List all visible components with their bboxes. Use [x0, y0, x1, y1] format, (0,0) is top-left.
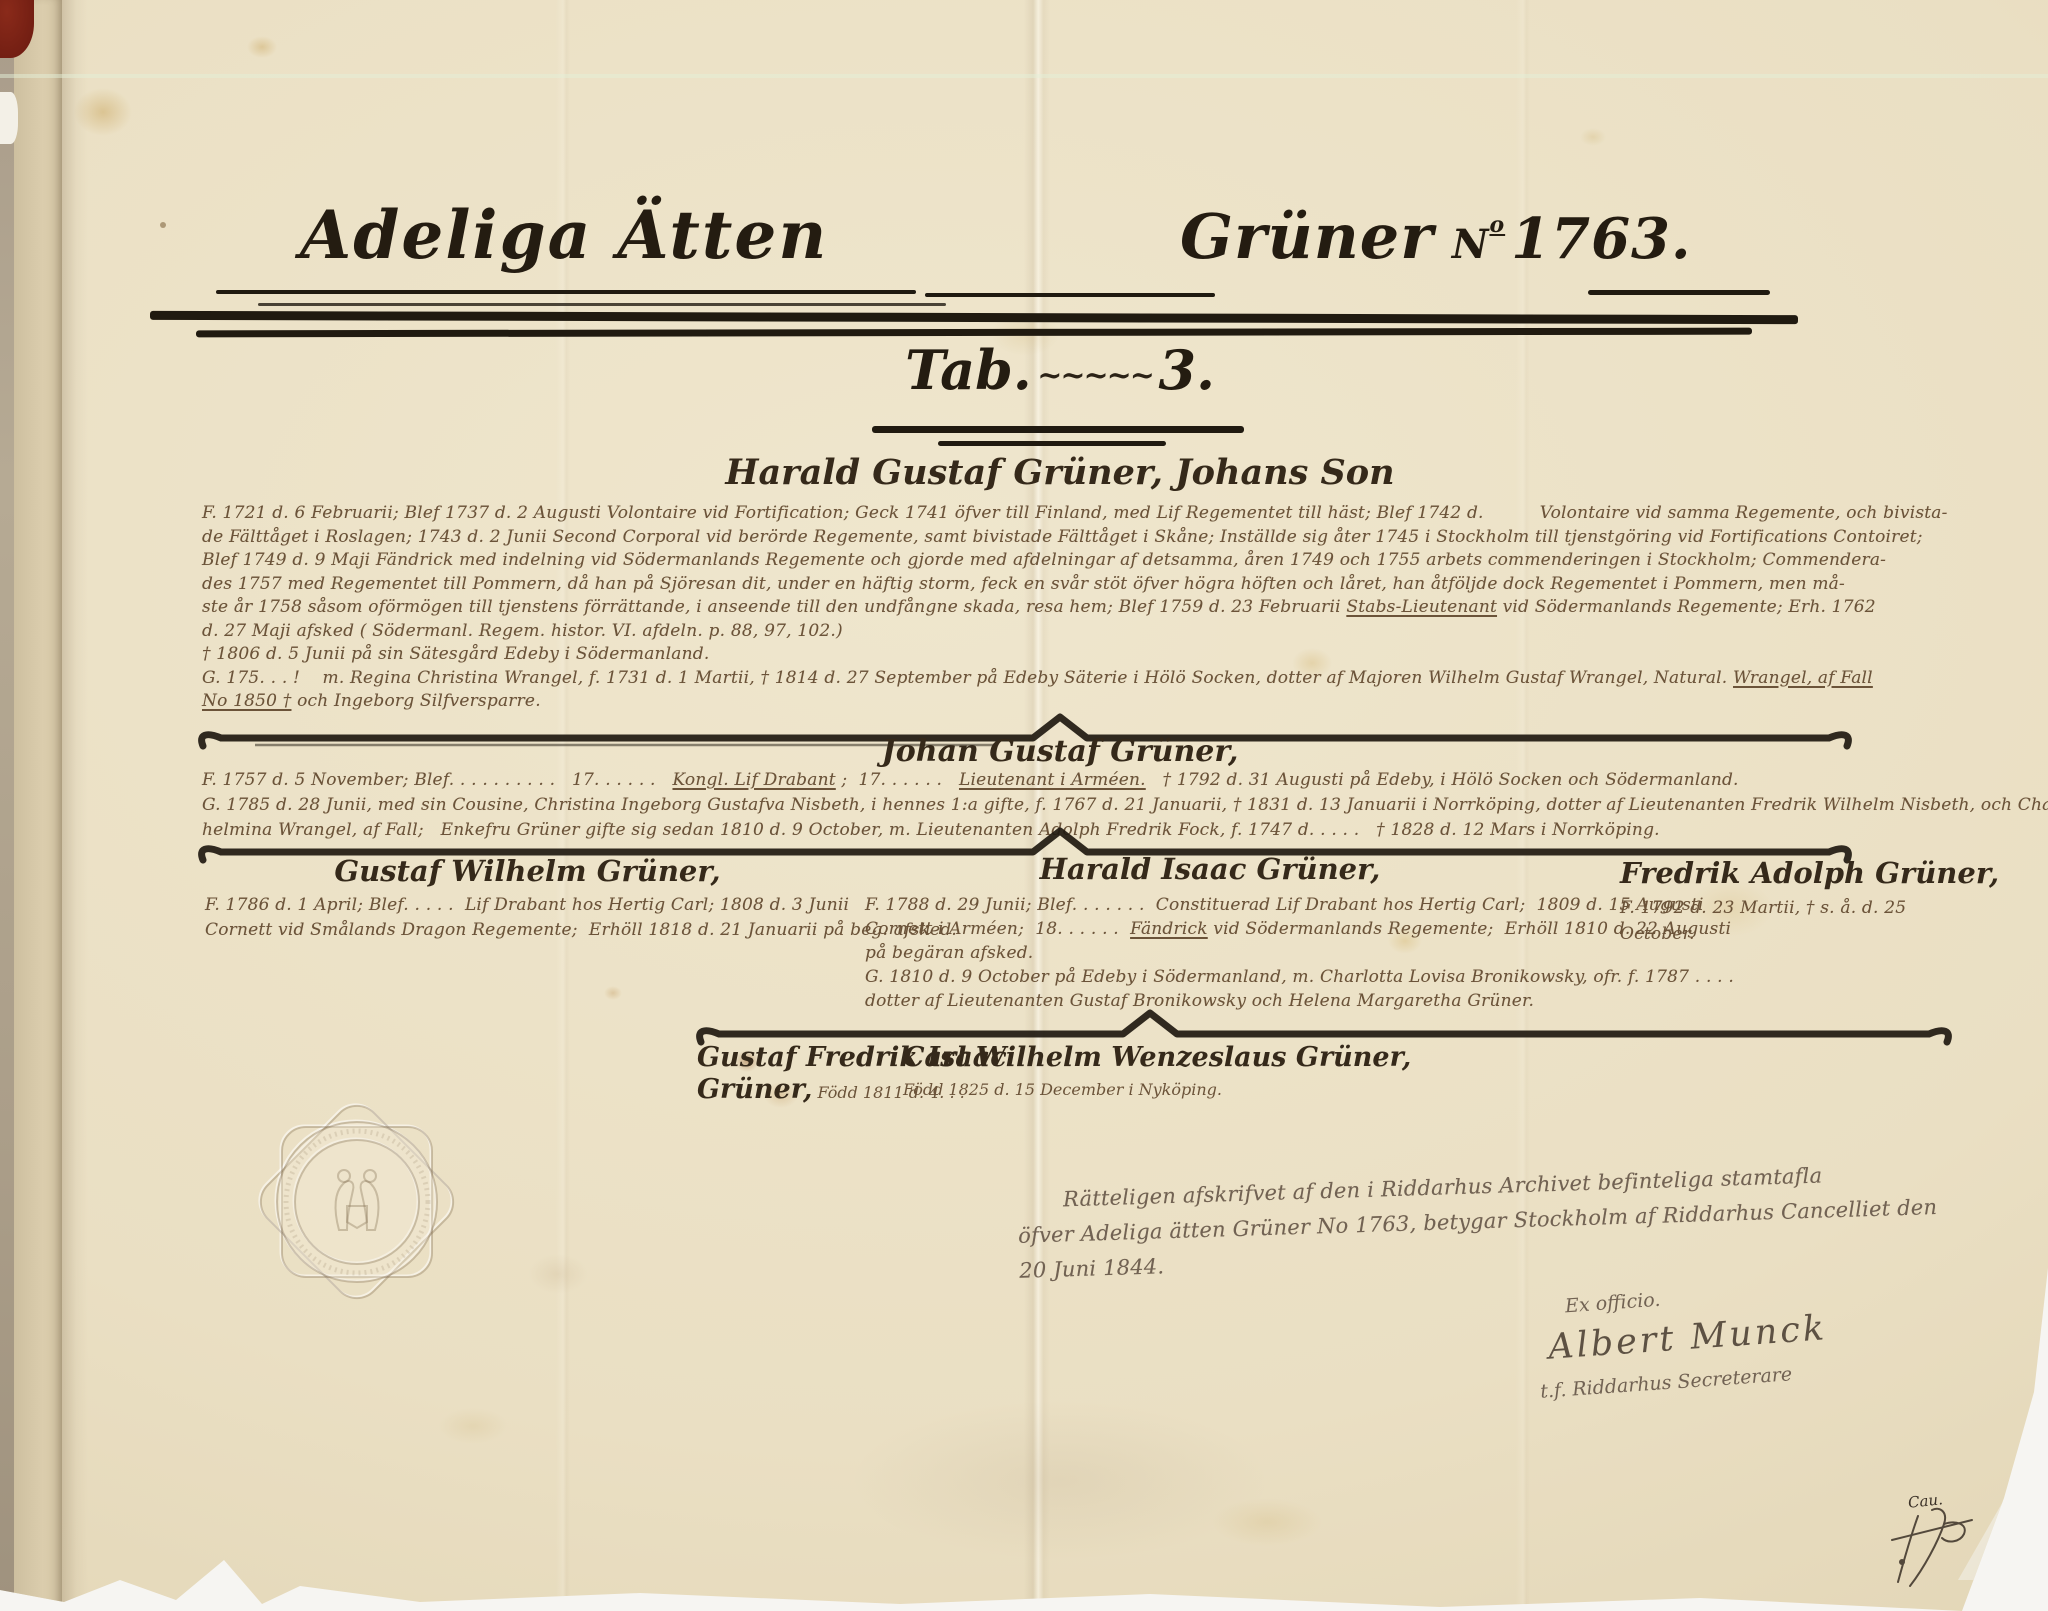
- title-rule-heavy: [150, 311, 1798, 324]
- person-bio-gustaf-wilhelm: F. 1786 d. 1 April; Blef. . . . . Lif Dr…: [205, 893, 850, 943]
- left-fold-crease: [62, 0, 88, 1611]
- stain: [247, 36, 277, 58]
- number-abbrev: N: [1452, 221, 1490, 268]
- family-name: Grüner: [1180, 200, 1434, 273]
- paper-wrinkle: [850, 1400, 1270, 1560]
- page-title-left: Adeliga Ätten: [300, 196, 828, 274]
- person-heading-harald-isaac: Harald Isaac Grüner,: [865, 852, 1555, 886]
- corner-flourish-icon: [1880, 1498, 1990, 1598]
- person-birth: Född 1825 d. 15 December i Nyköping.: [903, 1074, 1411, 1106]
- paper-scan-line: [0, 74, 2048, 78]
- signature: Albert Munck: [1547, 1308, 1828, 1367]
- stain: [1212, 1498, 1322, 1546]
- person-heading-harald-gustaf: Harald Gustaf Grüner, Johans Son: [660, 452, 1460, 493]
- title-rule: [258, 303, 946, 306]
- tab-label: Tab.: [905, 338, 1032, 402]
- family-number: 1763.: [1511, 206, 1691, 272]
- page-edge: [14, 0, 62, 1611]
- tab-squiggle: ~~~~~: [1037, 358, 1153, 393]
- stain: [438, 1408, 508, 1444]
- person-name: Carl Wilhelm Wenzeslaus Grüner,: [903, 1042, 1411, 1074]
- tab-rule: [872, 426, 1244, 433]
- seal-icon: [243, 1088, 471, 1316]
- page-edge-backing: [0, 0, 14, 1611]
- person-name-line2: Grüner,: [697, 1074, 812, 1105]
- number-abbrev-sup: o: [1489, 212, 1505, 238]
- attestation-text: Rätteligen afskrifvet af den i Riddarhus…: [1017, 1156, 1900, 1289]
- person-bio-harald-gustaf: F. 1721 d. 6 Februarii; Blef 1737 d. 2 A…: [202, 502, 1867, 714]
- stain: [1580, 128, 1606, 146]
- title-rule: [925, 293, 1215, 297]
- speck: [160, 222, 166, 228]
- tab-rule: [938, 441, 1166, 446]
- ex-officio-note: Ex officio.: [1564, 1289, 1661, 1318]
- title-rule: [216, 290, 916, 294]
- title-rule: [1588, 290, 1770, 295]
- person-heading-johan-gustaf: Johan Gustaf Grüner,: [760, 734, 1360, 769]
- paper-sheet: Adeliga Ätten GrünerNo1763. Tab. ~~~~~ 3…: [0, 0, 2048, 1611]
- edge-white-patch: [0, 92, 18, 144]
- stain: [528, 1254, 588, 1294]
- person-carl-wilhelm: Carl Wilhelm Wenzeslaus Grüner, Född 182…: [903, 1042, 1411, 1106]
- person-bio-harald-isaac: F. 1788 d. 29 Junii; Blef. . . . . . . C…: [865, 893, 1565, 1013]
- person-bio-fredrik-adolph: F. 1792 d. 23 Martii, † s. å. d. 25Octob…: [1620, 895, 2020, 947]
- tab-number: 3.: [1159, 338, 1215, 402]
- tab-heading: Tab. ~~~~~ 3.: [810, 338, 1310, 402]
- page-title-right: GrünerNo1763.: [1180, 200, 1692, 273]
- signature-title: t.f. Riddarhus Secreterare: [1540, 1363, 1793, 1403]
- document-canvas: Adeliga Ätten GrünerNo1763. Tab. ~~~~~ 3…: [0, 0, 2048, 1611]
- stain: [604, 986, 622, 1000]
- stain: [74, 88, 132, 136]
- person-heading-gustaf-wilhelm: Gustaf Wilhelm Grüner,: [205, 854, 850, 888]
- person-heading-fredrik-adolph: Fredrik Adolph Grüner,: [1598, 856, 2018, 890]
